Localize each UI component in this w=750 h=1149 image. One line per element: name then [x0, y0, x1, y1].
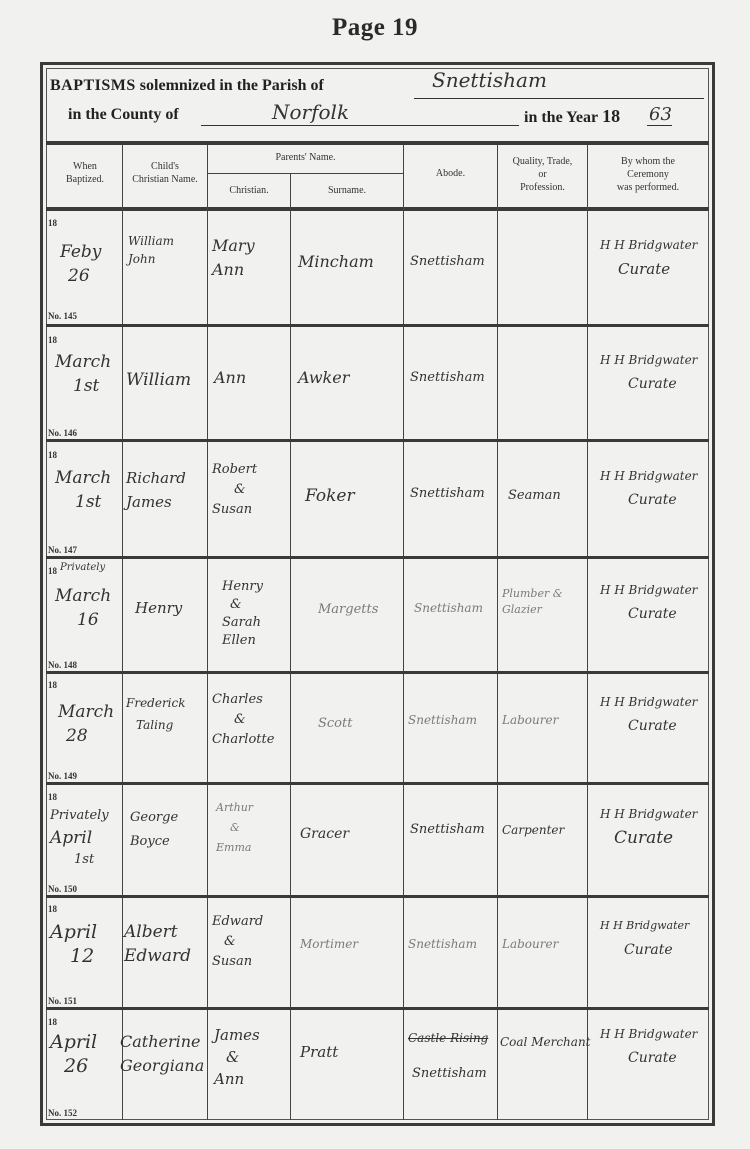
baptism-date: March28 — [58, 700, 114, 748]
col-header-quality: Quality, Trade,orProfession. — [498, 155, 587, 194]
quality: Labourer — [502, 708, 558, 732]
year-prefix: 18 — [48, 680, 57, 690]
col-header-by-whom: By whom theCeremonywas performed. — [588, 155, 708, 194]
baptism-date: March16 — [55, 584, 111, 632]
baptism-date: Feby26 — [60, 240, 101, 288]
col-header-abode: Abode. — [404, 167, 497, 180]
child-name: William — [126, 368, 191, 392]
col-header-parents: Parents' Name. — [208, 151, 403, 164]
county-value: Norfolk — [272, 100, 349, 124]
county-label: in the County of — [68, 106, 179, 124]
heading-text: solemnized in the Parish of — [136, 77, 324, 94]
entry-number: No. 148 — [48, 660, 77, 670]
surname: Scott — [318, 712, 352, 736]
officiant: H H BridgwaterCurate — [600, 348, 697, 396]
year-prefix: 18 — [48, 335, 57, 345]
year-label: in the Year 18 — [524, 106, 620, 127]
child-name: CatherineGeorgiana — [120, 1030, 204, 1078]
officiant: H H BridgwaterCurate — [600, 578, 697, 626]
entry-number: No. 147 — [48, 545, 77, 555]
child-name: RichardJames — [126, 466, 186, 514]
parent-christian: Charles&Charlotte — [212, 690, 274, 750]
child-name: Henry — [135, 596, 182, 620]
surname: Awker — [298, 366, 349, 390]
year-prefix: 18 — [48, 792, 57, 802]
officiant: H H BridgwaterCurate — [600, 690, 697, 738]
entry-number: No. 146 — [48, 428, 77, 438]
col-header-parents-christian: Christian. — [208, 184, 290, 197]
quality: Plumber & Glazier — [502, 586, 586, 618]
abode: Snettisham — [410, 366, 485, 390]
baptism-date: March1st — [55, 466, 111, 514]
year-prefix: 18 — [48, 218, 57, 228]
year-note: Privately — [60, 562, 105, 573]
baptism-date: March1st — [55, 350, 111, 398]
year-blank — [647, 125, 672, 126]
baptisms-label: BAPTISMS — [50, 77, 136, 94]
col-header-parents-surname: Surname. — [291, 184, 403, 197]
parent-christian: Ann — [214, 366, 246, 390]
baptism-date: PrivatelyApril1st — [50, 805, 109, 871]
year-prefix: 18 — [48, 904, 57, 914]
entry-number: No. 152 — [48, 1108, 77, 1118]
abode: Snettisham — [410, 482, 485, 506]
year-prefix: 18 — [48, 566, 57, 576]
year-prefix: 18 — [48, 450, 57, 460]
abode: Snettisham — [408, 708, 477, 732]
officiant: H H BridgwaterCurate — [600, 802, 697, 850]
officiant: H H BridgwaterCurate — [600, 1022, 697, 1070]
surname: Pratt — [300, 1040, 338, 1064]
register-heading: BAPTISMS solemnized in the Parish of — [50, 77, 324, 95]
parent-christian: Henry&SarahEllen — [222, 578, 263, 650]
quality: Coal Merchant — [500, 1030, 591, 1054]
quality: Carpenter — [502, 818, 564, 842]
entry-number: No. 149 — [48, 771, 77, 781]
county-blank — [201, 125, 519, 126]
entry-number: No. 150 — [48, 884, 77, 894]
parent-christian: MaryAnn — [212, 234, 255, 282]
parish-blank — [414, 98, 704, 99]
parent-christian: Edward&Susan — [212, 912, 263, 972]
officiant: H H BridgwaterCurate — [600, 464, 697, 512]
child-name: GeorgeBoyce — [130, 806, 178, 854]
header-rule-top — [46, 141, 709, 145]
child-name: WilliamJohn — [128, 232, 174, 268]
year-value: 63 — [649, 104, 672, 125]
col-header-when: WhenBaptized. — [48, 160, 122, 186]
abode: Snettisham — [410, 250, 485, 274]
surname: Margetts — [318, 598, 378, 622]
child-name: FrederickTaling — [126, 692, 186, 736]
quality: Labourer — [502, 932, 558, 956]
parent-christian: Robert&Susan — [212, 460, 257, 520]
parent-christian: Arthur&Emma — [216, 798, 253, 858]
abode: Snettisham — [408, 932, 477, 956]
entry-number: No. 145 — [48, 311, 77, 321]
baptism-date: April12 — [50, 920, 97, 968]
officiant: H H BridgwaterCurate — [600, 233, 697, 281]
parish-value: Snettisham — [432, 68, 547, 92]
surname: Foker — [305, 484, 355, 508]
abode-struck: Castle Rising — [408, 1026, 488, 1050]
year-prefix: 18 — [48, 1017, 57, 1027]
col-header-child: Child'sChristian Name. — [123, 160, 207, 186]
abode: Snettisham — [412, 1062, 487, 1086]
child-name: AlbertEdward — [124, 920, 191, 968]
abode: Snettisham — [414, 596, 483, 620]
page-title: Page 19 — [0, 14, 750, 42]
surname: Mincham — [298, 250, 374, 274]
entry-number: No. 151 — [48, 996, 77, 1006]
abode: Snettisham — [410, 818, 485, 842]
officiant: H H BridgwaterCurate — [600, 914, 689, 962]
parents-subheader-rule — [208, 173, 403, 174]
baptism-date: April26 — [50, 1030, 97, 1078]
quality: Seaman — [508, 484, 561, 508]
surname: Mortimer — [300, 932, 358, 956]
surname: Gracer — [300, 822, 349, 846]
parent-christian: James&Ann — [214, 1024, 260, 1090]
